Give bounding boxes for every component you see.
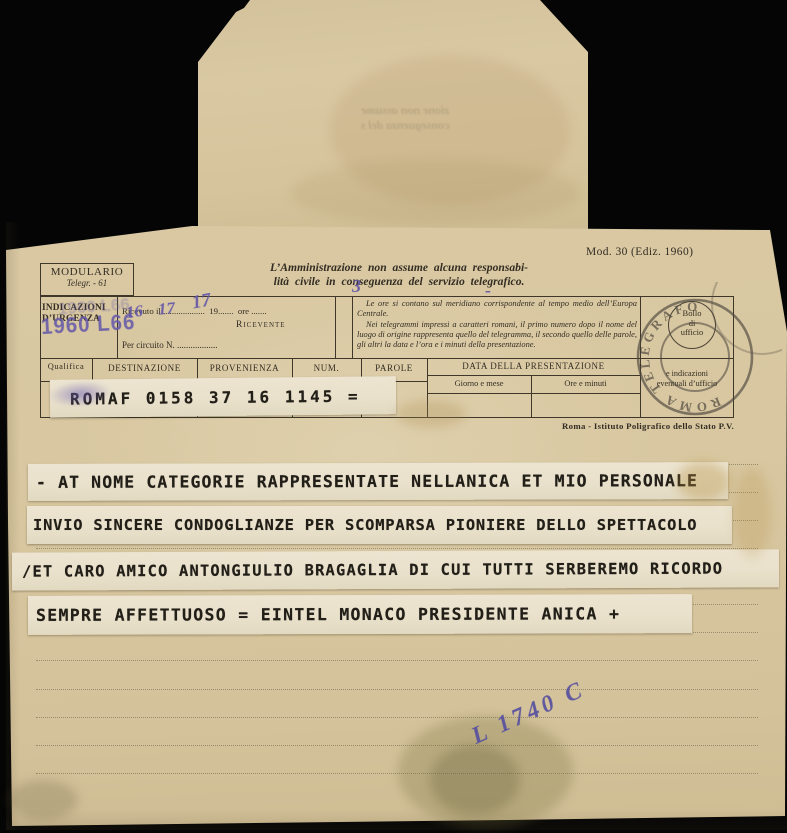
modulario-subtitle: Telegr. - 61 xyxy=(41,278,133,288)
handwritten-mark: - xyxy=(485,280,491,301)
ruled-line xyxy=(36,658,758,661)
handwritten-number: 17 xyxy=(190,290,213,315)
svg-text:ROMA TELEGRAFO: ROMA TELEGRAFO xyxy=(613,282,767,436)
form-edition-label: Mod. 30 (Ediz. 1960) xyxy=(586,246,693,258)
handwritten-number: 17 xyxy=(157,298,176,319)
message-strip: /ET CARO AMICO ANTONGIULIO BRAGAGLIA DI … xyxy=(12,549,779,590)
routing-text: ROMAF 0158 37 16 1145 = xyxy=(70,386,361,408)
ruled-line xyxy=(36,771,758,774)
postmark-ring-text: ROMA TELEGRAFO xyxy=(613,282,767,436)
circuit-label: Per circuito N. .................. xyxy=(122,340,217,350)
col-provenienza: PROVENIENZA xyxy=(197,363,292,373)
modulario-title: MODULARIO xyxy=(41,266,133,278)
col-destinazione: DESTINAZIONE xyxy=(92,363,197,373)
ruled-line xyxy=(36,743,758,746)
handwritten-mark: 3 xyxy=(352,276,361,297)
modulario-box: MODULARIO Telegr. - 61 xyxy=(40,263,134,296)
bleedthrough-text: zione non assume conseguenza del s xyxy=(300,103,510,133)
telegram-scan: zione non assume conseguenza del s MODUL… xyxy=(0,0,787,833)
col-qualifica: Qualifica xyxy=(40,362,92,371)
message-strip: - AT NOME CATEGORIE RAPPRESENTATE NELLAN… xyxy=(28,462,728,501)
ruled-line xyxy=(36,546,758,549)
form-notes: Le ore si contano sul meridiano corrispo… xyxy=(357,299,637,350)
postmark-stamp: ROMA TELEGRAFO xyxy=(610,282,782,438)
ruled-line xyxy=(36,687,758,690)
subcol-giorno: Giorno e mese xyxy=(427,379,531,388)
disclaimer: L’Amministrazione non assume alcuna resp… xyxy=(248,261,550,288)
col-data-presentazione: DATA DELLA PRESENTAZIONE xyxy=(427,361,640,371)
ruled-line xyxy=(36,715,758,718)
message-strip: SEMPRE AFFETTUOSO = EINTEL MONACO PRESID… xyxy=(28,594,692,635)
col-num: NUM. xyxy=(292,363,361,373)
handwritten-number: 16 xyxy=(125,301,144,323)
receiver-label: Ricevente xyxy=(236,320,286,330)
message-strip: INVIO SINCERE CONDOGLIANZE PER SCOMPARSA… xyxy=(27,506,732,544)
col-parole: PAROLE xyxy=(361,363,427,373)
